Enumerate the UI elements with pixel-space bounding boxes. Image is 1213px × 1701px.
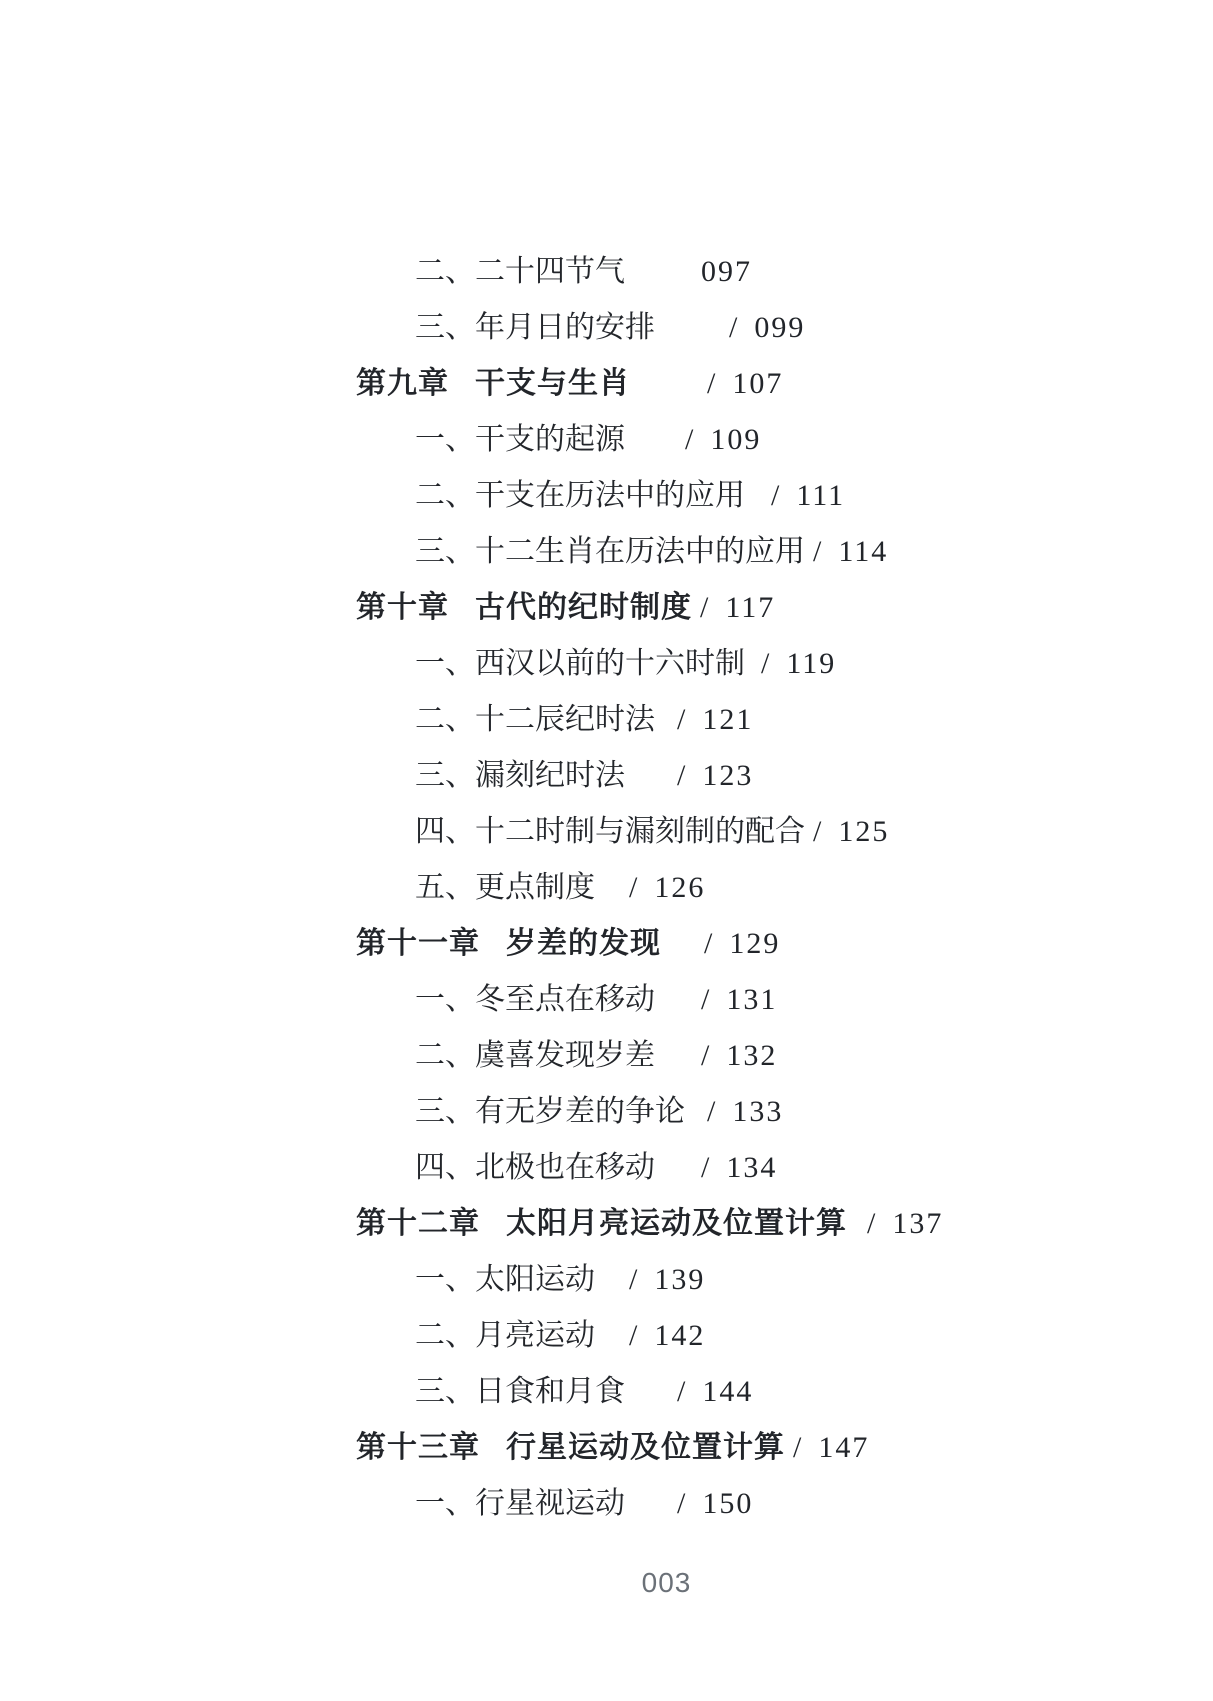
page-separator: /	[813, 524, 821, 580]
page-number: 126	[654, 871, 705, 904]
entry-title: 一、太阳运动	[415, 1263, 595, 1296]
toc-chapter-entry: 第九章干支与生肖/107	[0, 356, 1213, 412]
toc-entry: 四、北极也在移动/134	[0, 1140, 1213, 1196]
page-separator: /	[677, 1476, 685, 1532]
toc-entry: 一、干支的起源/109	[0, 412, 1213, 468]
gap-spacer	[685, 1120, 707, 1121]
toc-chapter-entry: 第十二章太阳月亮运动及位置计算/137	[0, 1196, 1213, 1252]
gap-spacer	[805, 560, 813, 561]
gap-spacer	[745, 672, 761, 673]
page-number: 129	[729, 927, 780, 960]
page-separator: /	[701, 1140, 709, 1196]
book-page: 二、二十四节气097 三、年月日的安排/099 第九章干支与生肖/107 一、干…	[0, 0, 1213, 1701]
toc-entry: 二、十二辰纪时法/121	[0, 692, 1213, 748]
gap-spacer	[655, 1176, 701, 1177]
entry-title: 一、行星视运动	[415, 1487, 625, 1520]
page-number: 123	[702, 759, 753, 792]
toc-chapter-entry: 第十章古代的纪时制度/117	[0, 580, 1213, 636]
page-number: 133	[732, 1095, 783, 1128]
page-separator: /	[793, 1420, 801, 1476]
entry-title: 三、年月日的安排	[415, 311, 655, 344]
page-number: 144	[702, 1375, 753, 1408]
page-number: 107	[732, 367, 783, 400]
page-number: 125	[838, 815, 889, 848]
toc-entry: 一、冬至点在移动/131	[0, 972, 1213, 1028]
page-number: 139	[654, 1263, 705, 1296]
page-separator: /	[677, 748, 685, 804]
entry-title: 五、更点制度	[415, 871, 595, 904]
gap-spacer	[625, 1512, 677, 1513]
toc-chapter-entry: 第十一章岁差的发现/129	[0, 916, 1213, 972]
gap-spacer	[595, 1288, 629, 1289]
gap-spacer	[655, 336, 729, 337]
entry-title: 三、漏刻纪时法	[415, 759, 625, 792]
gap-spacer	[625, 1400, 677, 1401]
toc-entry: 二、二十四节气097	[0, 244, 1213, 300]
page-separator: /	[707, 1084, 715, 1140]
gap-spacer	[595, 1344, 629, 1345]
toc-entry: 二、月亮运动/142	[0, 1308, 1213, 1364]
gap-spacer	[630, 392, 707, 393]
toc-entry: 二、虞喜发现岁差/132	[0, 1028, 1213, 1084]
gap-spacer	[847, 1232, 867, 1233]
page-number: 150	[702, 1487, 753, 1520]
page-separator: /	[629, 1308, 637, 1364]
page-number: 137	[892, 1207, 943, 1240]
chapter-label: 第十章	[356, 591, 449, 624]
page-separator: /	[701, 1028, 709, 1084]
chapter-label: 第十一章	[356, 927, 480, 960]
page-number: 147	[818, 1431, 869, 1464]
entry-title: 四、十二时制与漏刻制的配合	[415, 815, 805, 848]
page-separator: /	[701, 972, 709, 1028]
entry-title: 三、十二生肖在历法中的应用	[415, 535, 805, 568]
page-number: 121	[702, 703, 753, 736]
page-number: 114	[838, 535, 888, 568]
gap-spacer	[661, 952, 704, 953]
page-number: 142	[654, 1319, 705, 1352]
gap-spacer	[805, 840, 813, 841]
gap-spacer	[785, 1456, 793, 1457]
table-of-contents: 二、二十四节气097 三、年月日的安排/099 第九章干支与生肖/107 一、干…	[0, 0, 1213, 1532]
chapter-label: 第十三章	[356, 1431, 480, 1464]
gap-spacer	[692, 616, 700, 617]
entry-title: 岁差的发现	[506, 927, 661, 960]
gap-spacer	[625, 448, 685, 449]
entry-title: 太阳月亮运动及位置计算	[506, 1207, 847, 1240]
entry-title: 二、干支在历法中的应用	[415, 479, 745, 512]
entry-title: 一、冬至点在移动	[415, 983, 655, 1016]
toc-entry: 二、干支在历法中的应用/111	[0, 468, 1213, 524]
page-separator: /	[677, 692, 685, 748]
gap-spacer	[625, 784, 677, 785]
page-separator: /	[677, 1364, 685, 1420]
entry-title: 三、有无岁差的争论	[415, 1095, 685, 1128]
entry-title: 二、十二辰纪时法	[415, 703, 655, 736]
entry-title: 二、二十四节气	[415, 255, 625, 288]
page-separator: /	[707, 356, 715, 412]
page-separator: /	[729, 300, 737, 356]
entry-title: 一、干支的起源	[415, 423, 625, 456]
gap-spacer	[655, 728, 677, 729]
page-number: 134	[726, 1151, 777, 1184]
page-number: 131	[726, 983, 777, 1016]
gap-spacer	[625, 280, 701, 281]
page-separator: /	[867, 1196, 875, 1252]
toc-chapter-entry: 第十三章行星运动及位置计算/147	[0, 1420, 1213, 1476]
page-separator: /	[771, 468, 779, 524]
entry-title: 二、虞喜发现岁差	[415, 1039, 655, 1072]
toc-entry: 三、有无岁差的争论/133	[0, 1084, 1213, 1140]
page-number: 117	[725, 591, 775, 624]
entry-title: 一、西汉以前的十六时制	[415, 647, 745, 680]
entry-title: 古代的纪时制度	[475, 591, 692, 624]
chapter-label: 第十二章	[356, 1207, 480, 1240]
entry-title: 干支与生肖	[475, 367, 630, 400]
toc-entry: 三、年月日的安排/099	[0, 300, 1213, 356]
page-number: 109	[710, 423, 761, 456]
page-number: 097	[701, 255, 752, 288]
toc-entry: 五、更点制度/126	[0, 860, 1213, 916]
page-number: 119	[786, 647, 836, 680]
toc-entry: 一、太阳运动/139	[0, 1252, 1213, 1308]
page-separator: /	[629, 1252, 637, 1308]
page-number: 111	[796, 479, 845, 512]
entry-title: 行星运动及位置计算	[506, 1431, 785, 1464]
page-separator: /	[685, 412, 693, 468]
toc-entry: 三、漏刻纪时法/123	[0, 748, 1213, 804]
entry-title: 三、日食和月食	[415, 1375, 625, 1408]
page-separator: /	[761, 636, 769, 692]
page-separator: /	[700, 580, 708, 636]
page-number: 099	[754, 311, 805, 344]
toc-entry: 四、十二时制与漏刻制的配合/125	[0, 804, 1213, 860]
toc-entry: 三、日食和月食/144	[0, 1364, 1213, 1420]
page-number: 132	[726, 1039, 777, 1072]
toc-entry: 三、十二生肖在历法中的应用/114	[0, 524, 1213, 580]
chapter-label: 第九章	[356, 367, 449, 400]
entry-title: 二、月亮运动	[415, 1319, 595, 1352]
toc-entry: 一、行星视运动/150	[0, 1476, 1213, 1532]
entry-title: 四、北极也在移动	[415, 1151, 655, 1184]
page-separator: /	[629, 860, 637, 916]
footer-page-number: 003	[0, 1568, 1213, 1598]
gap-spacer	[655, 1008, 701, 1009]
gap-spacer	[595, 896, 629, 897]
page-separator: /	[704, 916, 712, 972]
toc-entry: 一、西汉以前的十六时制/119	[0, 636, 1213, 692]
page-separator: /	[813, 804, 821, 860]
gap-spacer	[655, 1064, 701, 1065]
gap-spacer	[745, 504, 771, 505]
